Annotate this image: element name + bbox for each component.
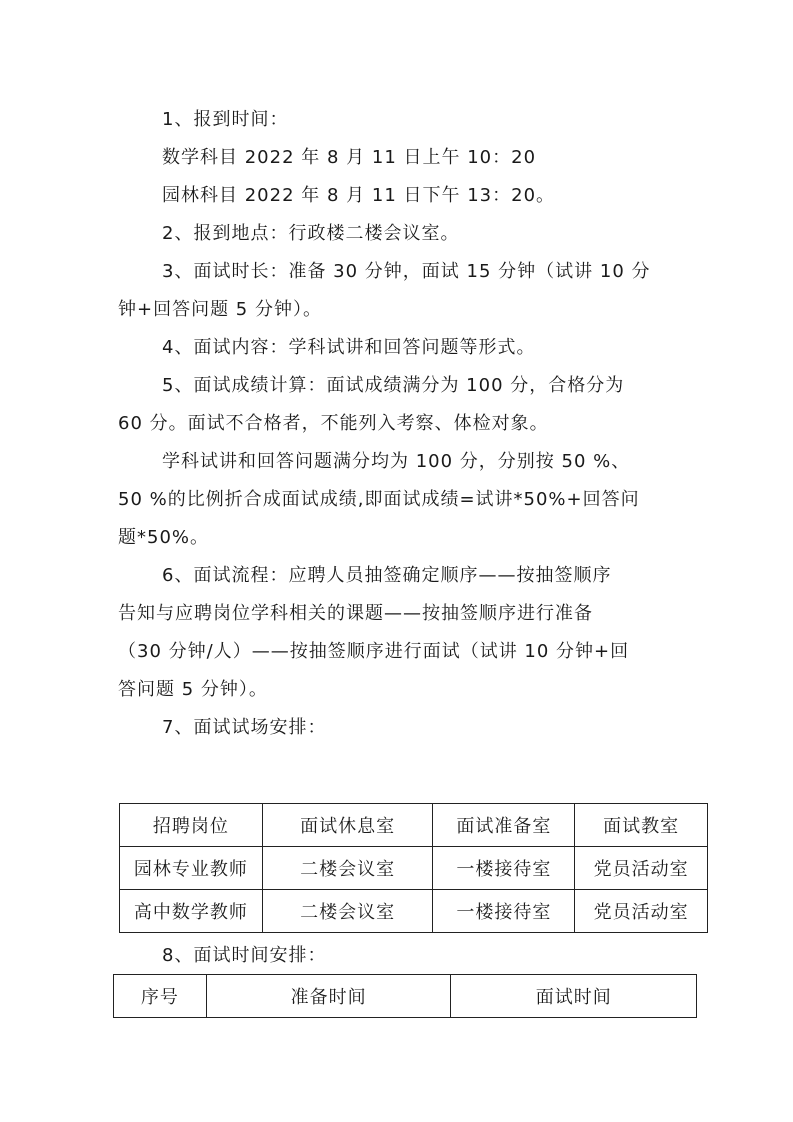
schedule-table-header-row: 序号 准备时间 面试时间 xyxy=(114,975,697,1018)
header-cell: 招聘岗位 xyxy=(120,804,263,847)
venue-table: 招聘岗位 面试休息室 面试准备室 面试教室 园林专业教师 二楼会议室 一楼接待室… xyxy=(119,803,708,933)
table-cell: 高中数学教师 xyxy=(120,890,263,933)
section-3-duration-line-2: 钟+回答问题 5 分钟）。 xyxy=(118,298,322,322)
section-1-heading: 1、报到时间： xyxy=(162,108,288,132)
table-cell: 园林专业教师 xyxy=(120,847,263,890)
table-cell: 党员活动室 xyxy=(575,847,708,890)
table-cell: 二楼会议室 xyxy=(262,890,433,933)
section-8-schedule-heading: 8、面试时间安排： xyxy=(162,944,326,968)
report-time-math: 数学科目 2022 年 8 月 11 日上午 10：20 xyxy=(162,146,536,170)
scoring-formula-line-2: 50 %的比例折合成面试成绩,即面试成绩=试讲*50%+回答问 xyxy=(118,488,640,512)
section-6-process-line-1: 6、面试流程：应聘人员抽签确定顺序——按抽签顺序 xyxy=(162,564,611,588)
scoring-formula-line-3: 题*50%。 xyxy=(118,526,209,550)
header-cell: 面试时间 xyxy=(451,975,697,1018)
header-cell: 序号 xyxy=(114,975,207,1018)
section-6-process-line-2: 告知与应聘岗位学科相关的课题——按抽签顺序进行准备 xyxy=(118,602,593,626)
header-cell: 面试教室 xyxy=(575,804,708,847)
section-6-process-line-3: （30 分钟/人）——按抽签顺序进行面试（试讲 10 分钟+回 xyxy=(118,640,629,664)
table-cell: 二楼会议室 xyxy=(262,847,433,890)
table-cell: 一楼接待室 xyxy=(433,847,575,890)
table-cell: 党员活动室 xyxy=(575,890,708,933)
section-6-process-line-4: 答问题 5 分钟）。 xyxy=(118,678,268,702)
table-row: 园林专业教师 二楼会议室 一楼接待室 党员活动室 xyxy=(120,847,708,890)
table-cell: 一楼接待室 xyxy=(433,890,575,933)
section-7-venue-heading: 7、面试试场安排： xyxy=(162,716,326,740)
scoring-formula-line-1: 学科试讲和回答问题满分均为 100 分，分别按 50 %、 xyxy=(162,450,630,474)
header-cell: 面试休息室 xyxy=(262,804,433,847)
section-5-scoring-line-1: 5、面试成绩计算：面试成绩满分为 100 分，合格分为 xyxy=(162,374,624,398)
section-3-duration-line-1: 3、面试时长：准备 30 分钟，面试 15 分钟（试讲 10 分 xyxy=(162,260,651,284)
venue-table-header-row: 招聘岗位 面试休息室 面试准备室 面试教室 xyxy=(120,804,708,847)
section-4-content: 4、面试内容：学科试讲和回答问题等形式。 xyxy=(162,336,535,360)
header-cell: 面试准备室 xyxy=(433,804,575,847)
table-row: 高中数学教师 二楼会议室 一楼接待室 党员活动室 xyxy=(120,890,708,933)
schedule-table: 序号 准备时间 面试时间 xyxy=(113,974,697,1018)
report-time-landscape: 园林科目 2022 年 8 月 11 日下午 13：20。 xyxy=(162,184,555,208)
section-5-scoring-line-2: 60 分。面试不合格者，不能列入考察、体检对象。 xyxy=(118,412,549,436)
header-cell: 准备时间 xyxy=(206,975,451,1018)
section-2-report-location: 2、报到地点：行政楼二楼会议室。 xyxy=(162,222,459,246)
